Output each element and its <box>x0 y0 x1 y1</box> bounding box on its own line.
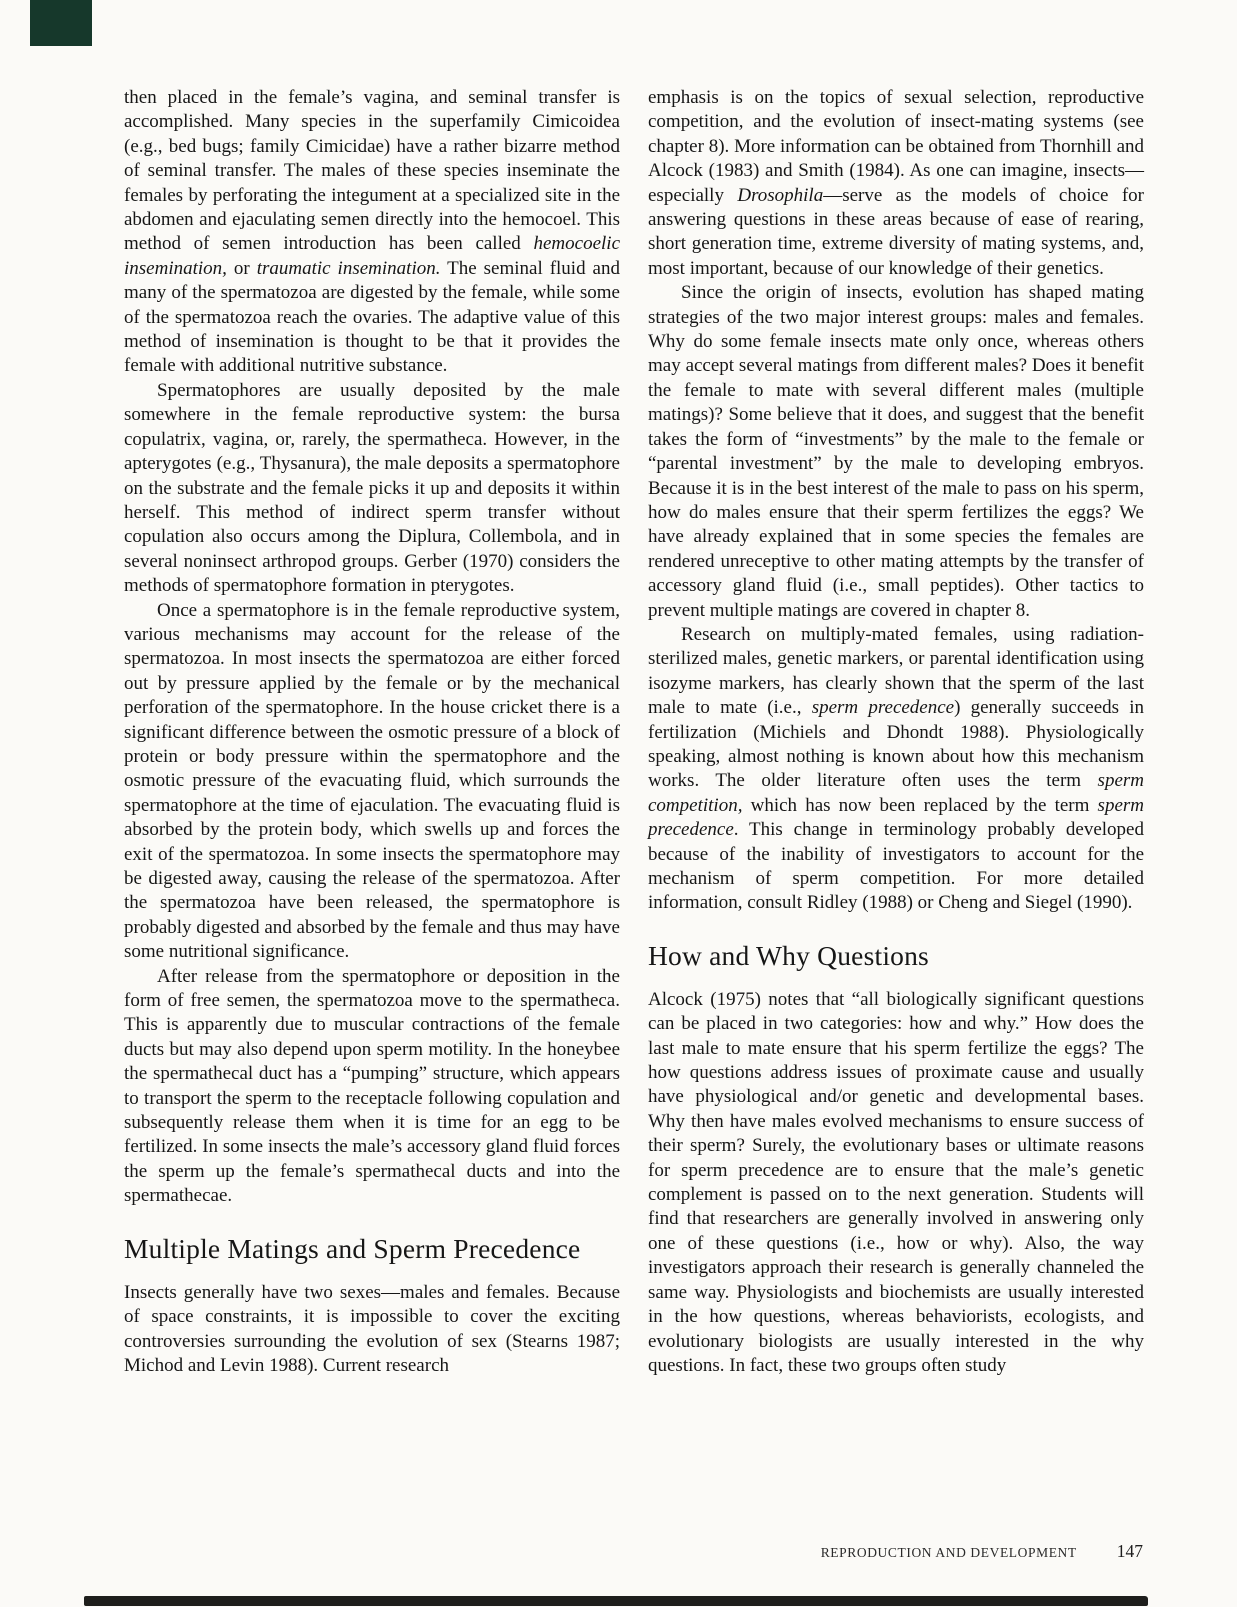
page-number: 147 <box>1117 1541 1143 1562</box>
running-head: REPRODUCTION AND DEVELOPMENT <box>821 1545 1077 1561</box>
paragraph: After release from the spermatophore or … <box>124 965 620 1209</box>
right-column: emphasis is on the topics of sexual sele… <box>648 86 1144 1378</box>
paragraph: Research on multiply-mated females, usin… <box>648 623 1144 916</box>
section-heading: How and Why Questions <box>648 941 1144 971</box>
page-footer: REPRODUCTION AND DEVELOPMENT 147 <box>0 1541 1237 1562</box>
paragraph: Since the origin of insects, evolution h… <box>648 281 1144 623</box>
bottom-scan-bar <box>84 1596 1148 1606</box>
section-heading: Multiple Matings and Sperm Precedence <box>124 1234 620 1264</box>
paragraph: Spermatophores are usually deposited by … <box>124 379 620 599</box>
book-page: then placed in the female’s vagina, and … <box>0 0 1237 1607</box>
corner-ink-block <box>30 0 92 46</box>
italic-term: sperm precedence <box>812 697 954 718</box>
paragraph: Alcock (1975) notes that “all biological… <box>648 988 1144 1379</box>
paragraph: Insects generally have two sexes—males a… <box>124 1281 620 1379</box>
paragraph: Once a spermatophore is in the female re… <box>124 599 620 965</box>
italic-term: traumatic insemination. <box>257 258 441 279</box>
left-column: then placed in the female’s vagina, and … <box>124 86 620 1378</box>
paragraph: then placed in the female’s vagina, and … <box>124 86 620 379</box>
italic-term: sperm competition, <box>648 770 1144 815</box>
paragraph: emphasis is on the topics of sexual sele… <box>648 86 1144 281</box>
italic-term: Drosophila <box>737 185 823 206</box>
